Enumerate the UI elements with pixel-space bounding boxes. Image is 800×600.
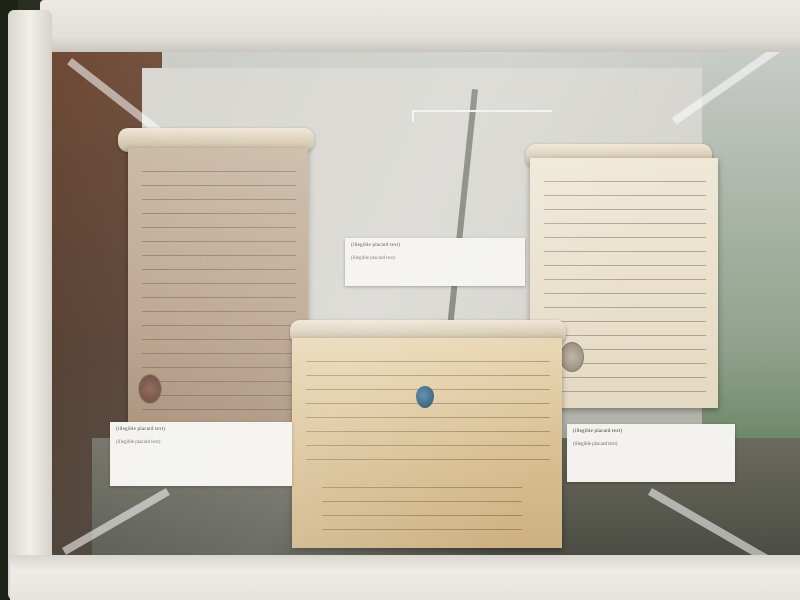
- case-frame-left: [8, 10, 52, 600]
- case-frame-top: [40, 0, 800, 52]
- glass-reflection: [52, 48, 800, 556]
- display-case-interior: (illegible placard text) (illegible plac…: [52, 48, 800, 556]
- case-frame-bottom: [10, 555, 800, 600]
